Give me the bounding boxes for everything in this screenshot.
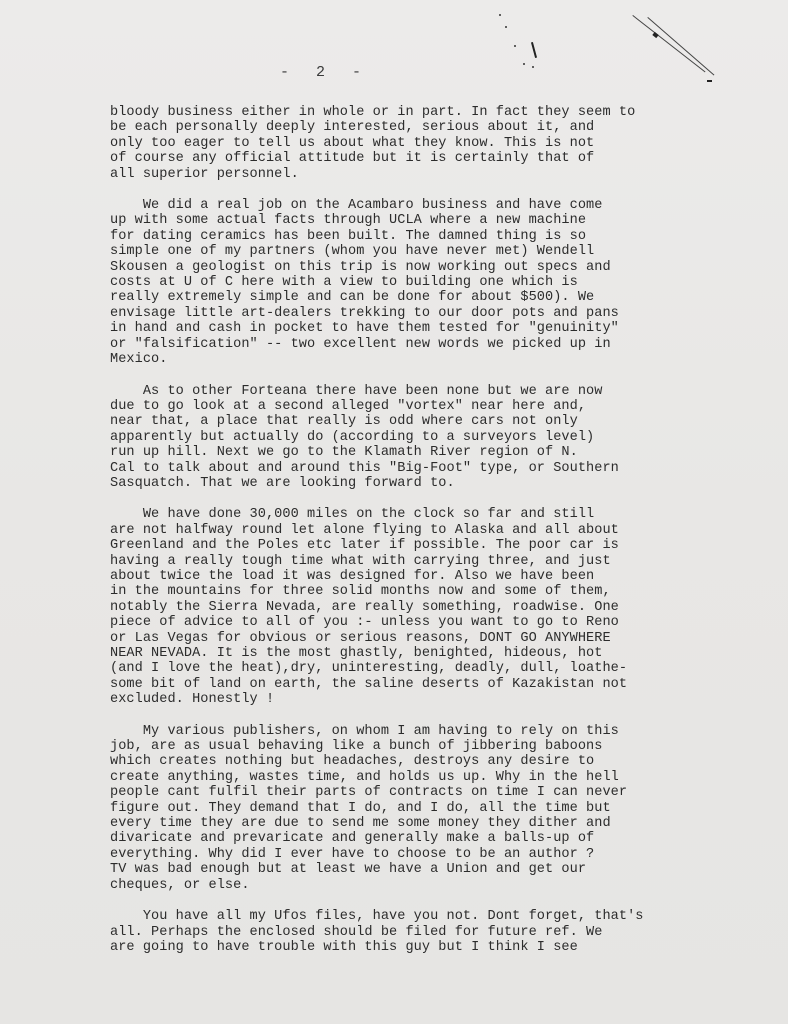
text-line: all. Perhaps the enclosed should be file… xyxy=(110,925,730,940)
text-line: are going to have trouble with this guy … xyxy=(110,940,730,955)
text-line: due to go look at a second alleged "vort… xyxy=(110,399,730,414)
ink-speck xyxy=(514,45,516,47)
text-line: up with some actual facts through UCLA w… xyxy=(110,213,730,228)
text-line: You have all my Ufos files, have you not… xyxy=(110,909,730,924)
text-line: only too eager to tell us about what the… xyxy=(110,136,730,151)
text-line: apparently but actually do (according to… xyxy=(110,430,730,445)
ink-speck xyxy=(532,66,534,68)
text-line: some bit of land on earth, the saline de… xyxy=(110,677,730,692)
text-line: Sasquatch. That we are looking forward t… xyxy=(110,476,730,491)
text-line: notably the Sierra Nevada, are really so… xyxy=(110,600,730,615)
text-line: in hand and cash in pocket to have them … xyxy=(110,321,730,336)
ink-speck xyxy=(523,63,525,65)
text-line: having a really tough time what with car… xyxy=(110,554,730,569)
text-line: really extremely simple and can be done … xyxy=(110,290,730,305)
text-line: every time they are due to send me some … xyxy=(110,816,730,831)
text-line: everything. Why did I ever have to choos… xyxy=(110,847,730,862)
text-line: cheques, or else. xyxy=(110,878,730,893)
text-line: divaricate and prevaricate and generally… xyxy=(110,831,730,846)
text-line: As to other Forteana there have been non… xyxy=(110,384,730,399)
text-line: in the mountains for three solid months … xyxy=(110,584,730,599)
text-line: job, are as usual behaving like a bunch … xyxy=(110,739,730,754)
text-line: people cant fulfil their parts of contra… xyxy=(110,785,730,800)
ink-mark xyxy=(707,80,712,82)
text-line: for dating ceramics has been built. The … xyxy=(110,229,730,244)
text-line: create anything, wastes time, and holds … xyxy=(110,770,730,785)
text-line: My various publishers, on whom I am havi… xyxy=(110,724,730,739)
text-line: (and I love the heat),dry, uninteresting… xyxy=(110,661,730,676)
text-line: or Las Vegas for obvious or serious reas… xyxy=(110,631,730,646)
text-line: Mexico. xyxy=(110,352,730,367)
text-line: Cal to talk about and around this "Big-F… xyxy=(110,461,730,476)
text-line: We did a real job on the Acambaro busine… xyxy=(110,198,730,213)
paragraph-continuation: bloody business either in whole or in pa… xyxy=(110,105,730,182)
pencil-arrowhead xyxy=(652,32,658,38)
text-line: piece of advice to all of you :- unless … xyxy=(110,615,730,630)
text-line: which creates nothing but headaches, des… xyxy=(110,754,730,769)
pencil-stroke xyxy=(632,15,705,73)
text-line: all superior personnel. xyxy=(110,167,730,182)
text-line: near that, a place that really is odd wh… xyxy=(110,414,730,429)
text-line: TV was bad enough but at least we have a… xyxy=(110,862,730,877)
text-line: NEAR NEVADA. It is the most ghastly, ben… xyxy=(110,646,730,661)
text-line: We have done 30,000 miles on the clock s… xyxy=(110,507,730,522)
text-line: Greenland and the Poles etc later if pos… xyxy=(110,538,730,553)
text-line: envisage little art-dealers trekking to … xyxy=(110,306,730,321)
ink-speck xyxy=(505,26,507,28)
text-line: of course any official attitude but it i… xyxy=(110,151,730,166)
text-line: Skousen a geologist on this trip is now … xyxy=(110,260,730,275)
text-line: run up hill. Next we go to the Klamath R… xyxy=(110,445,730,460)
ink-mark xyxy=(531,42,537,58)
page-number: - 2 - xyxy=(280,64,364,81)
ink-speck xyxy=(499,14,501,16)
text-line: excluded. Honestly ! xyxy=(110,692,730,707)
text-line: figure out. They demand that I do, and I… xyxy=(110,801,730,816)
paragraph-travel: We have done 30,000 miles on the clock s… xyxy=(110,507,730,707)
text-line: are not halfway round let alone flying t… xyxy=(110,523,730,538)
paragraph-publishers: My various publishers, on whom I am havi… xyxy=(110,724,730,893)
text-line: bloody business either in whole or in pa… xyxy=(110,105,730,120)
text-line: be each personally deeply interested, se… xyxy=(110,120,730,135)
text-line: about twice the load it was designed for… xyxy=(110,569,730,584)
typewritten-letter-page: - 2 - bloody business either in whole or… xyxy=(0,0,788,1024)
paragraph-ufos-files: You have all my Ufos files, have you not… xyxy=(110,909,730,955)
text-line: costs at U of C here with a view to buil… xyxy=(110,275,730,290)
paragraph-acambaro: We did a real job on the Acambaro busine… xyxy=(110,198,730,367)
text-line: simple one of my partners (whom you have… xyxy=(110,244,730,259)
paragraph-forteana: As to other Forteana there have been non… xyxy=(110,384,730,492)
letter-body: bloody business either in whole or in pa… xyxy=(110,105,730,955)
text-line: or "falsification" -- two excellent new … xyxy=(110,337,730,352)
pencil-stroke xyxy=(647,17,714,76)
